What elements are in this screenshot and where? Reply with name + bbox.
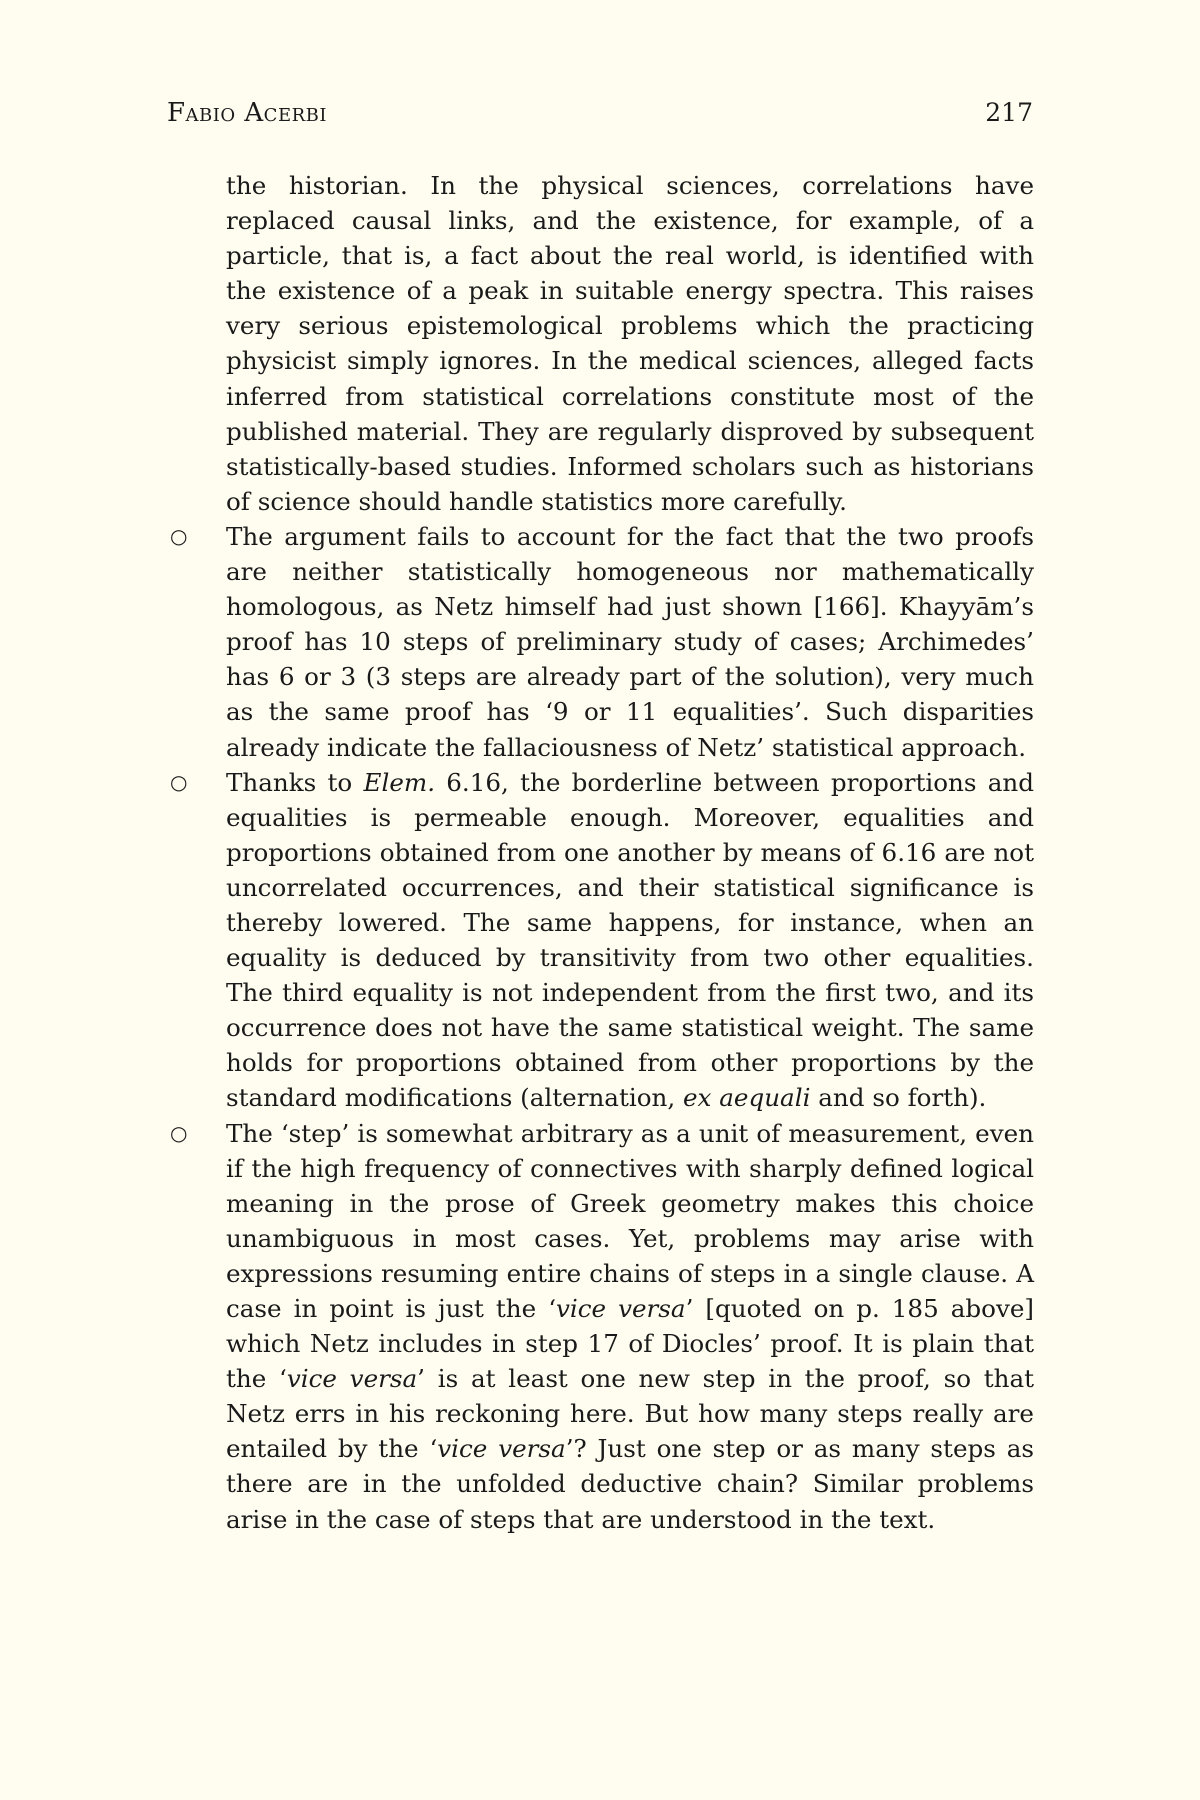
list-item-text: The ‘step’ is somewhat arbitrary as a un… (226, 1116, 1034, 1537)
text-run: Thanks to (226, 768, 364, 797)
list-item-text: Thanks to Elem. 6.16, the borderline bet… (226, 765, 1034, 1116)
italic-term: vice versa (556, 1294, 686, 1323)
page-number: 217 (985, 98, 1033, 127)
list-item-text: The argument fails to account for the fa… (226, 519, 1034, 765)
italic-reference: Elem. (364, 768, 436, 797)
continuation-paragraph: the historian. In the physical sciences,… (226, 168, 1034, 519)
list-item: ○ Thanks to Elem. 6.16, the borderline b… (226, 765, 1034, 1116)
list-item: ○ The ‘step’ is somewhat arbitrary as a … (226, 1116, 1034, 1537)
italic-term: vice versa (437, 1434, 565, 1463)
text-run: and so forth). (810, 1083, 986, 1112)
text-run: 6.16, the borderline between proportions… (226, 768, 1034, 1113)
running-head: Fabio Acerbi 217 (167, 98, 1033, 128)
author-name: Fabio Acerbi (167, 98, 327, 128)
list-item: ○ The argument fails to account for the … (226, 519, 1034, 765)
bullet-circle-icon: ○ (170, 1116, 187, 1151)
text-run: The ‘step’ is somewhat arbitrary as a un… (226, 1119, 1034, 1323)
body-text: the historian. In the physical sciences,… (226, 168, 1034, 1537)
italic-term: ex aequali (683, 1083, 810, 1112)
italic-term: vice versa (287, 1364, 417, 1393)
bullet-circle-icon: ○ (170, 765, 187, 800)
bullet-circle-icon: ○ (170, 519, 187, 554)
